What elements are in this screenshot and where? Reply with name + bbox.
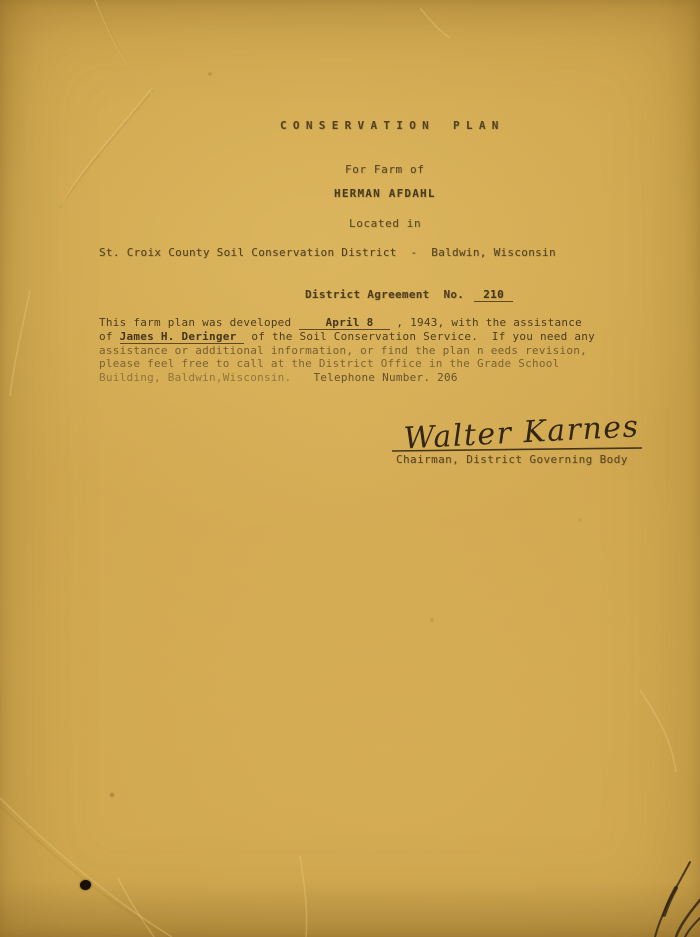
signature-role: Chairman, District Governing Body [396, 453, 628, 466]
document-title: CONSERVATION PLAN [280, 119, 505, 132]
paragraph-line-5: Building, Baldwin,Wisconsin.Telephone Nu… [99, 371, 619, 384]
located-in-label: Located in [349, 217, 421, 230]
line1-post: , 1943, with the assistance [390, 316, 582, 329]
paragraph-line-2: of James H. Deringer of the Soil Conserv… [99, 330, 619, 344]
for-farm-of-label: For Farm of [345, 163, 424, 176]
paragraph-line-4: please feel free to call at the District… [99, 357, 619, 370]
line5-place: Building, Baldwin,Wisconsin. [99, 371, 291, 384]
plan-date-underlined: April 8 [299, 317, 389, 330]
line1-pre: This farm plan was developed [99, 316, 291, 329]
paper-crease-overlay [0, 0, 700, 937]
line2-post: of the Soil Conservation Service. If you… [244, 330, 595, 343]
agreement-label: District Agreement No. [305, 288, 464, 301]
agreement-number: 210 [474, 289, 513, 302]
line5-telephone: Telephone Number. 206 [313, 371, 457, 384]
paragraph-line-3: assistance or additional information, or… [99, 344, 619, 357]
document-page: CONSERVATION PLAN For Farm of HERMAN AFD… [0, 0, 700, 937]
signature-text: Walter Karnes [403, 409, 641, 456]
planner-name-underlined: James H. Deringer [120, 331, 245, 344]
paragraph-line-1: This farm plan was developedApril 8 , 19… [99, 316, 619, 330]
agreement-line: District Agreement No.210 [305, 288, 513, 302]
district-line: St. Croix County Soil Conservation Distr… [99, 246, 556, 259]
body-paragraph: This farm plan was developedApril 8 , 19… [99, 316, 619, 384]
ink-dot [80, 880, 91, 890]
line2-pre: of [99, 330, 120, 343]
corner-ink-marks [620, 847, 700, 937]
farm-owner-name: HERMAN AFDAHL [334, 187, 436, 200]
